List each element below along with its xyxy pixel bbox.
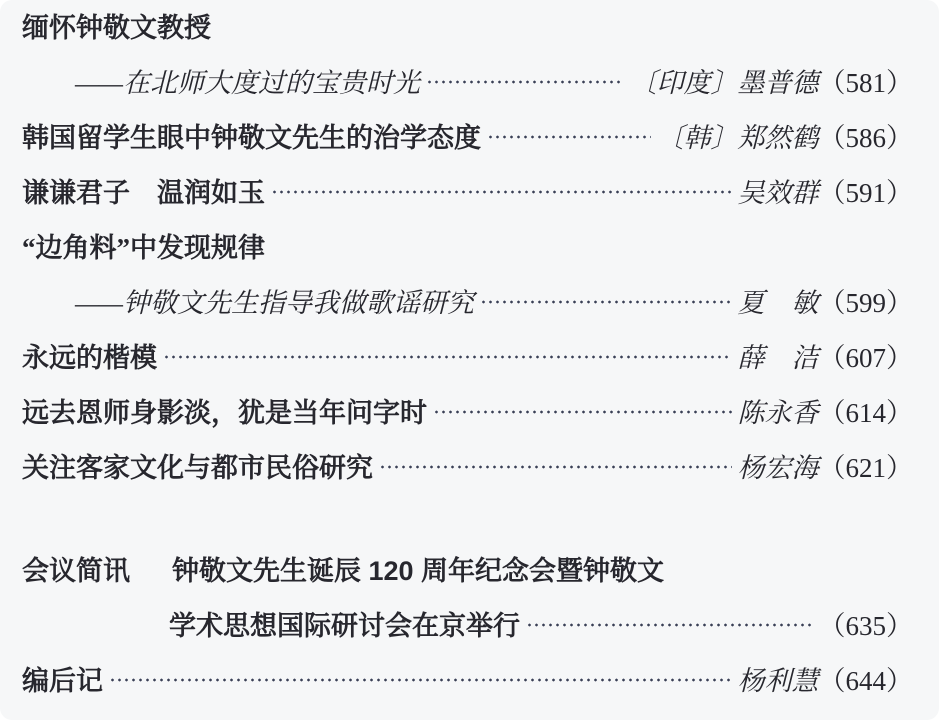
toc-row-entry: 谦谦君子 温润如玉 吴效群 （591） <box>22 166 913 221</box>
entry-author: 〔韩〕郑然鹤 <box>657 111 819 166</box>
dot-leader <box>426 56 623 111</box>
entry-author: 吴效群 <box>738 166 819 221</box>
toc-page: 缅怀钟敬文教授 ——在北师大度过的宝贵时光 〔印度〕墨普德 （581） 韩国留学… <box>0 0 939 720</box>
entry-page-number: （644） <box>819 654 914 709</box>
dot-leader <box>109 654 732 709</box>
entry-page-number: （614） <box>819 386 914 441</box>
entry-author: 杨利慧 <box>738 654 819 709</box>
entry-title-text: ——钟敬文先生指导我做歌谣研究 <box>75 276 474 331</box>
entry-page-number: （586） <box>819 111 914 166</box>
toc-row-entry: 远去恩师身影淡，犹是当年问字时 陈永香 （614） <box>22 386 913 441</box>
toc-row-entry: ——钟敬文先生指导我做歌谣研究 夏 敏 （599） <box>22 276 913 331</box>
entry-title-text: 编后记 <box>22 654 103 709</box>
entry-author: 〔印度〕墨普德 <box>630 56 819 111</box>
title-text: 缅怀钟敬文教授 <box>22 1 211 56</box>
toc-row-entry: ——在北师大度过的宝贵时光 〔印度〕墨普德 （581） <box>22 56 913 111</box>
entry-title-text: 远去恩师身影淡，犹是当年问字时 <box>22 386 427 441</box>
entry-page-number: （591） <box>819 166 914 221</box>
entry-title-text: ——在北师大度过的宝贵时光 <box>75 56 420 111</box>
toc-row-title: 会议简讯 钟敬文先生诞辰 120 周年纪念会暨钟敬文 <box>22 544 913 599</box>
section-gap <box>22 496 913 544</box>
toc-row-entry: 学术思想国际研讨会在京举行 （635） <box>22 599 913 654</box>
entry-title-text: 永远的楷模 <box>22 331 157 386</box>
entry-author: 薛 洁 <box>738 331 819 386</box>
entry-title-text: 韩国留学生眼中钟敬文先生的治学态度 <box>22 111 481 166</box>
entry-author: 杨宏海 <box>738 441 819 496</box>
entry-title-text: 谦谦君子 温润如玉 <box>22 166 265 221</box>
dot-leader <box>433 386 732 441</box>
dot-leader <box>480 276 731 331</box>
toc-row-entry: 关注客家文化与都市民俗研究 杨宏海 （621） <box>22 441 913 496</box>
toc-row-title: “边角料”中发现规律 <box>22 221 913 276</box>
entry-page-number: （607） <box>819 331 914 386</box>
entry-title-text: 学术思想国际研讨会在京举行 <box>169 599 520 654</box>
entry-author: 陈永香 <box>738 386 819 441</box>
entry-page-number: （581） <box>819 56 914 111</box>
title-text: 钟敬文先生诞辰 120 周年纪念会暨钟敬文 <box>172 544 664 599</box>
toc-row-entry: 编后记 杨利慧 （644） <box>22 654 913 709</box>
toc-row-entry: 韩国留学生眼中钟敬文先生的治学态度 〔韩〕郑然鹤 （586） <box>22 111 913 166</box>
toc-row-title: 缅怀钟敬文教授 <box>22 1 913 56</box>
entry-page-number: （621） <box>819 441 914 496</box>
dot-leader <box>526 599 813 654</box>
dot-leader <box>379 441 732 496</box>
dot-leader <box>487 111 651 166</box>
section-label: 会议简讯 <box>22 544 130 599</box>
entry-author: 夏 敏 <box>738 276 819 331</box>
title-text: “边角料”中发现规律 <box>22 221 265 276</box>
dot-leader <box>163 331 732 386</box>
entry-page-number: （635） <box>819 599 914 654</box>
dot-leader <box>271 166 732 221</box>
toc-row-entry: 永远的楷模 薛 洁 （607） <box>22 331 913 386</box>
entry-title-text: 关注客家文化与都市民俗研究 <box>22 441 373 496</box>
entry-page-number: （599） <box>819 276 914 331</box>
